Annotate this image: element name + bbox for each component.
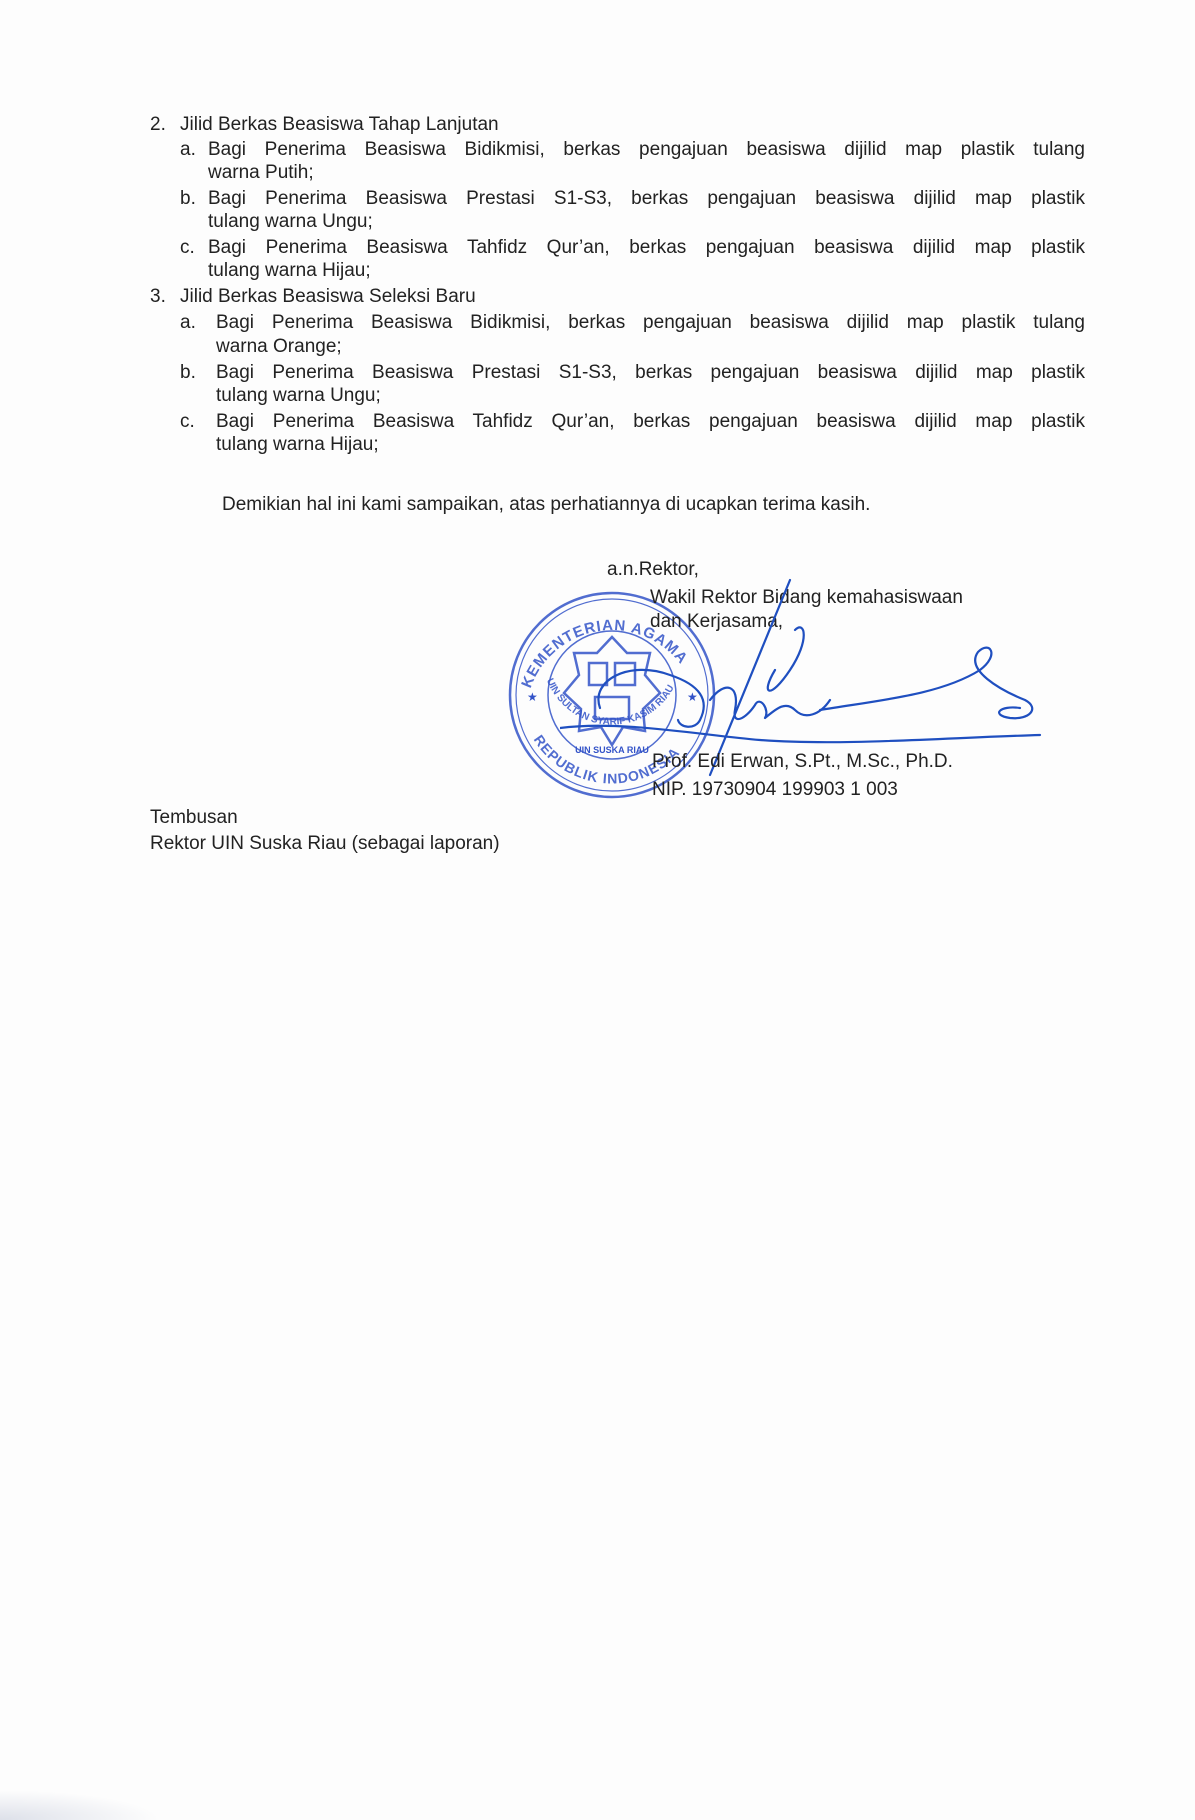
signatory-name: Prof. Edi Erwan, S.Pt., M.Sc., Ph.D. xyxy=(652,750,953,774)
item-letter: b. xyxy=(180,361,196,385)
item-text-cont: warna Orange; xyxy=(216,335,342,359)
star-icon: ★ xyxy=(527,690,538,704)
item-letter: c. xyxy=(180,410,195,434)
item-letter: a. xyxy=(180,138,196,162)
item-text-cont: tulang warna Hijau; xyxy=(216,433,379,457)
item-text-cont: tulang warna Ungu; xyxy=(208,210,373,234)
section-number: 3. xyxy=(150,285,166,309)
scan-shadow xyxy=(0,1790,160,1820)
section-title: Jilid Berkas Beasiswa Seleksi Baru xyxy=(180,285,476,309)
item-text-cont: tulang warna Hijau; xyxy=(208,259,371,283)
item-text: Bagi Penerima Beasiswa Prestasi S1-S3, b… xyxy=(216,361,1085,385)
item-letter: a. xyxy=(180,311,196,335)
cc-label: Tembusan xyxy=(150,806,238,830)
item-letter: b. xyxy=(180,187,196,211)
signatory-nip: NIP. 19730904 199903 1 003 xyxy=(652,778,898,802)
item-text: Bagi Penerima Beasiswa Tahfidz Qur’an, b… xyxy=(216,410,1085,434)
item-text: Bagi Penerima Beasiswa Tahfidz Qur’an, b… xyxy=(208,236,1085,260)
cc-recipient: Rektor UIN Suska Riau (sebagai laporan) xyxy=(150,832,500,856)
item-text: Bagi Penerima Beasiswa Prestasi S1-S3, b… xyxy=(208,187,1085,211)
closing-sentence: Demikian hal ini kami sampaikan, atas pe… xyxy=(222,493,870,517)
item-text: Bagi Penerima Beasiswa Bidikmisi, berkas… xyxy=(208,138,1085,162)
item-letter: c. xyxy=(180,236,195,260)
item-text: Bagi Penerima Beasiswa Bidikmisi, berkas… xyxy=(216,311,1085,335)
section-title: Jilid Berkas Beasiswa Tahap Lanjutan xyxy=(180,113,499,137)
item-text-cont: warna Putih; xyxy=(208,161,314,185)
section-number: 2. xyxy=(150,113,166,137)
item-text-cont: tulang warna Ungu; xyxy=(216,384,381,408)
